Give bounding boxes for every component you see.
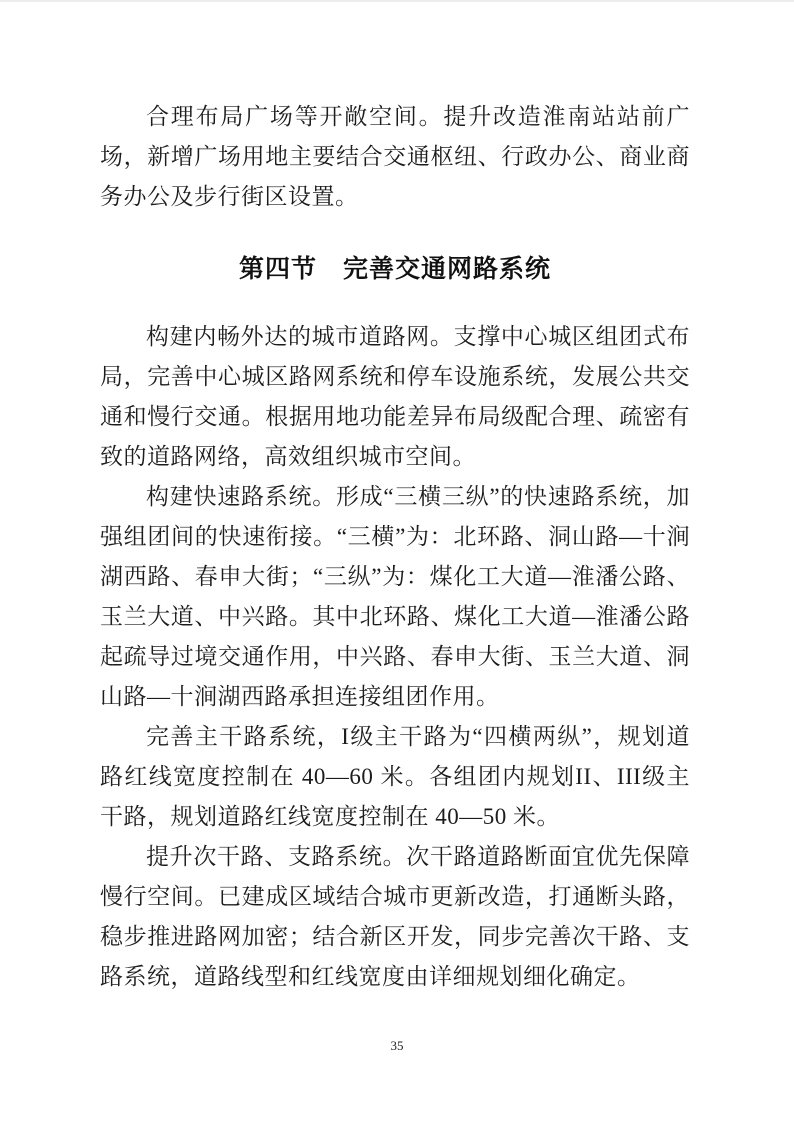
paragraph-road-network: 构建内畅外达的城市道路网。支撑中心城区组团式布局，完善中心城区路网系统和停车设施… xyxy=(100,317,690,477)
intro-paragraph: 合理布局广场等开敞空间。提升改造淮南站站前广场，新增广场用地主要结合交通枢纽、行… xyxy=(100,97,690,217)
document-content: 合理布局广场等开敞空间。提升改造淮南站站前广场，新增广场用地主要结合交通枢纽、行… xyxy=(100,97,690,997)
paragraph-secondary-roads: 提升次干路、支路系统。次干路道路断面宜优先保障慢行空间。已建成区域结合城市更新改… xyxy=(100,837,690,997)
page-number: 35 xyxy=(0,1038,794,1054)
document-page: 合理布局广场等开敞空间。提升改造淮南站站前广场，新增广场用地主要结合交通枢纽、行… xyxy=(0,0,794,1122)
section-heading: 第四节 完善交通网路系统 xyxy=(100,249,690,289)
paragraph-expressway-system: 构建快速路系统。形成“三横三纵”的快速路系统，加强组团间的快速衔接。“三横”为：… xyxy=(100,477,690,717)
paragraph-arterial-roads: 完善主干路系统，I级主干路为“四横两纵”，规划道路红线宽度控制在 40—60 米… xyxy=(100,717,690,837)
